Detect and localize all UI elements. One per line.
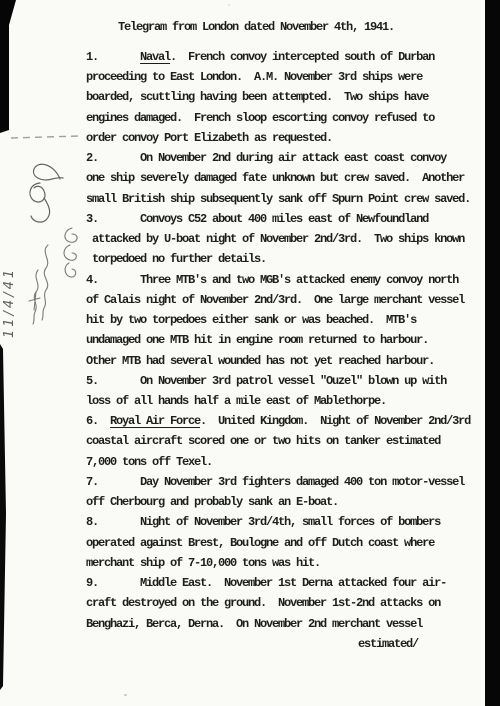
paragraph-first-line: 5. On November 3rd patrol vessel "Ouzel"… [86,371,486,391]
text-line: undamaged one MTB hit in engine room ret… [86,330,486,350]
text-line: engines damaged. French sloop escorting … [86,108,486,128]
pencil-dashed-line [10,133,82,141]
paragraph-first-line: 6. Royal Air Force. United Kingdom. Nigh… [86,411,486,431]
text-line: Other MTB had several wounded has not ye… [86,351,486,371]
text-line: proceeding to East London. A.M. November… [86,67,486,87]
text-line: torpedoed no further details. [86,249,486,269]
text-line: hit by two torpedoes either sank or was … [86,310,486,330]
para-text: Convoys C52 about 400 miles east of Newf… [140,212,428,226]
para-text: Three MTB's and two MGB's attacked enemy… [140,273,458,287]
scan-corner-top-left [0,0,18,135]
para-number: 9. [86,576,140,590]
para-number: 1. [86,50,140,64]
para-number: 7. [86,475,140,489]
telegram-document-page: 11/4/41 Telegram from London dated Novem… [0,0,500,706]
dust-speck [124,694,127,696]
paragraph-first-line: 8. Night of November 3rd/4th, small forc… [86,512,486,532]
telegram-body: 1. Naval. French convoy intercepted sout… [86,47,486,654]
para-text: On November 3rd patrol vessel "Ouzel" bl… [140,374,446,388]
continuation-marker: estimated/ [358,634,486,654]
page-title: Telegram from London dated November 4th,… [118,20,394,34]
para-number: 3. [86,212,140,226]
text-line: off Cherbourg and probably sank an E-boa… [86,492,486,512]
section-heading: Royal Air Force [110,414,200,428]
paragraph-first-line: 9. Middle East. November 1st Derna attac… [86,573,486,593]
scan-edge-bottom-left [0,344,8,692]
text-line: boarded, scuttling having been attempted… [86,87,486,107]
text-line: 7,000 tons off Texel. [86,452,486,472]
para-text: Middle East. November 1st Derna attacked… [140,576,446,590]
para-number: 2. [86,151,140,165]
paragraph-first-line: 3. Convoys C52 about 400 miles east of N… [86,209,486,229]
para-text: . United Kingdom. Night of November 2nd/… [200,414,470,428]
para-number: 4. [86,273,140,287]
illegible-pencil-scribble [29,228,77,324]
text-line: one ship severely damaged fate unknown b… [86,168,486,188]
section-heading: Naval [140,50,170,64]
dust-speck [228,4,230,6]
text-line: operated against Brest, Boulogne and off… [86,533,486,553]
para-number: 6. [86,414,110,428]
para-number: 5. [86,374,140,388]
para-text: On November 2nd during air attack east c… [140,151,446,165]
text-line: order convoy Port Elizabeth as requested… [86,128,486,148]
margin-scribble-doodle [30,164,63,222]
margin-date-annotation: 11/4/41 [2,267,17,338]
text-line: small British ship subsequently sank off… [86,189,486,209]
paragraph-first-line: 7. Day November 3rd fighters damaged 400… [86,472,486,492]
text-line: craft destroyed on the ground. November … [86,593,486,613]
para-number: 8. [86,515,140,529]
text-line: merchant ship of 7-10,000 tons was hit. [86,553,486,573]
text-line: of Calais night of November 2nd/3rd. One… [86,290,486,310]
text-line: Benghazi, Berca, Derna. On November 2nd … [86,614,486,634]
para-text: Day November 3rd fighters damaged 400 to… [140,475,464,489]
paragraph-first-line: 4. Three MTB's and two MGB's attacked en… [86,270,486,290]
paragraph-first-line: 2. On November 2nd during air attack eas… [86,148,486,168]
text-line: coastal aircraft scored one or two hits … [86,431,486,451]
scan-edge-right [485,0,500,706]
para-text: Night of November 3rd/4th, small forces … [140,515,440,529]
text-line: loss of all hands half a mile east of Ma… [86,391,486,411]
paragraph-first-line: 1. Naval. French convoy intercepted sout… [86,47,486,67]
text-line: attacked by U-boat night of November 2nd… [86,229,486,249]
para-text: . French convoy intercepted south of Dur… [170,50,434,64]
